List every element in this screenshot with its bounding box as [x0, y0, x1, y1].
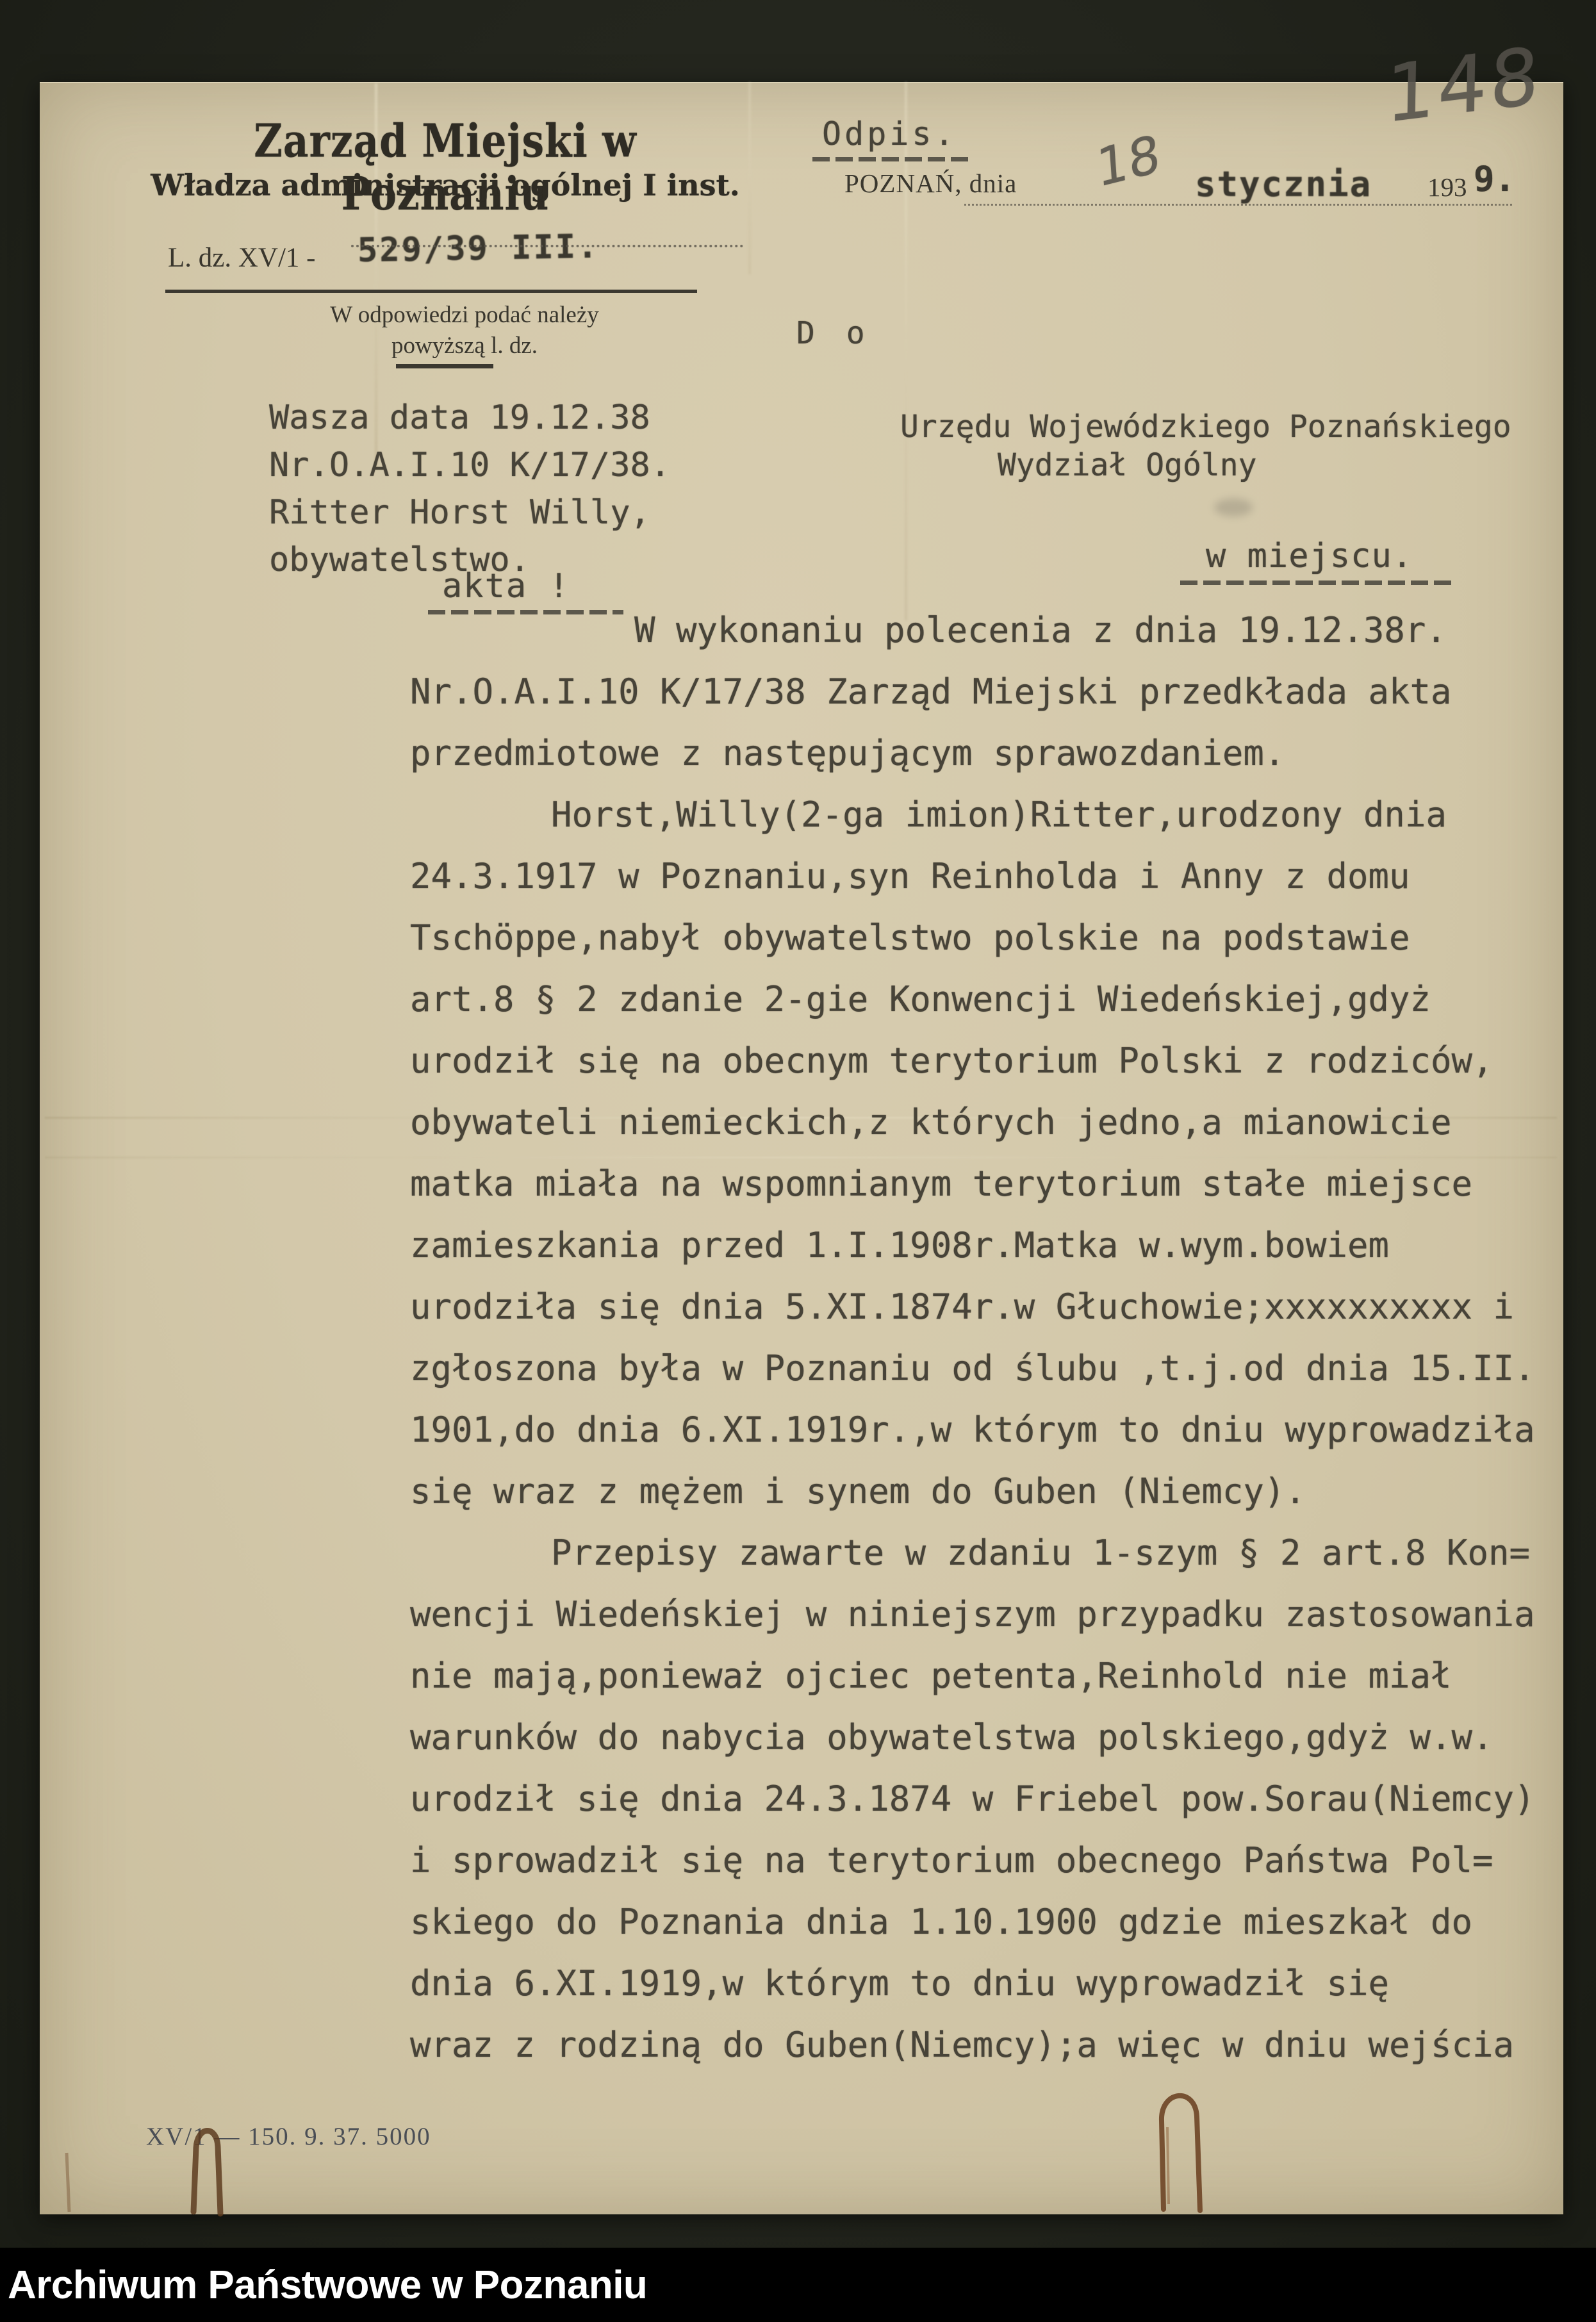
archive-caption-text: Archiwum Państwowe w Poznaniu — [0, 2262, 647, 2308]
archival-scan: Zarząd Miejski w Poznaniu Władza adminis… — [0, 0, 1596, 2322]
archive-caption-bar: Archiwum Państwowe w Poznaniu — [0, 2248, 1596, 2322]
paperclip-stain-icon — [0, 0, 1596, 2322]
